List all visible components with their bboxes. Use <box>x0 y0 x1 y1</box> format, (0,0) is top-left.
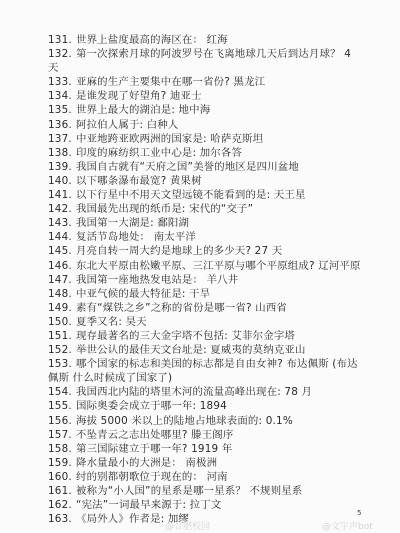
item-text: 中亚气候的最大特征是: 干旱 <box>76 288 210 300</box>
list-item: 142.我国最先出现的纸币是: 宋代的“交子” <box>48 202 388 216</box>
list-item: 151.现存最著名的三大金字塔不包括: 艾菲尔金字塔 <box>48 329 388 343</box>
item-number: 146. <box>48 259 76 273</box>
item-text: 举世公认的最佳天文台址是: 夏威夷的莫纳克亚山 <box>76 344 306 356</box>
item-text: 我国自古就有“天府之国”美誉的地区是四川盆地 <box>76 161 299 173</box>
item-number: 159. <box>48 456 76 470</box>
item-number: 132. <box>48 47 76 61</box>
item-number: 141. <box>48 188 76 202</box>
item-number: 147. <box>48 273 76 287</box>
document-page: 131.世界上盐度最高的海区在： 红海132.第一次探索月球的阿波罗号在飞离地球… <box>0 0 400 533</box>
item-text: 海拔 5000 米以上的陆地占地球表面的: 0.1% <box>76 415 293 427</box>
item-number: 154. <box>48 385 76 399</box>
item-text: “宪法”一词最早来源于: 拉丁文 <box>76 499 221 511</box>
item-number: 138. <box>48 146 76 160</box>
list-item: 156.海拔 5000 米以上的陆地占地球表面的: 0.1% <box>48 414 388 428</box>
list-item: 135.世界上最大的湖泊是: 地中海 <box>48 103 388 117</box>
item-number: 155. <box>48 399 76 413</box>
item-text: 中亚地跨亚欧两洲的国家是: 哈萨克斯坦 <box>76 133 263 145</box>
item-number: 143. <box>48 216 76 230</box>
item-text: 复活节岛地处： 南太平洋 <box>76 231 196 243</box>
item-text: 印度的麻纺织工业中心是: 加尔各答 <box>76 147 242 159</box>
list-item: 157.不坠青云之志出处哪里? 滕王阁序 <box>48 428 388 442</box>
list-item: 132.第一次探索月球的阿波罗号在飞离地球几天后到达月球？ 4 <box>48 47 388 61</box>
item-text: 现存最著名的三大金字塔不包括: 艾菲尔金字塔 <box>76 330 295 342</box>
list-item: 141.以下行星中不用天文望远镜不能看到的是: 天王星 <box>48 188 388 202</box>
item-text: 被称为“小人国”的星系是哪一星系？ 不规则星系 <box>76 485 302 497</box>
watermark-left: @合肥校园 <box>165 519 210 532</box>
list-item: 134.是谁发现了好望角? 迪亚士 <box>48 89 388 103</box>
list-item: 138.印度的麻纺织工业中心是: 加尔各答 <box>48 146 388 160</box>
item-text: 是谁发现了好望角? 迪亚士 <box>76 90 202 102</box>
item-text: 不坠青云之志出处哪里? 滕王阁序 <box>76 429 234 441</box>
item-text: 以下行星中不用天文望远镜不能看到的是: 天王星 <box>76 189 306 201</box>
list-item: 162.“宪法”一词最早来源于: 拉丁文 <box>48 498 388 512</box>
list-item: 139.我国自古就有“天府之国”美誉的地区是四川盆地 <box>48 160 388 174</box>
list-item: 159.降水量最小的大洲是： 南极洲 <box>48 456 388 470</box>
item-number: 153. <box>48 357 76 371</box>
item-text: 阿拉伯人属于: 白种人 <box>76 119 179 131</box>
item-number: 151. <box>48 329 76 343</box>
list-item: 131.世界上盐度最高的海区在： 红海 <box>48 33 388 47</box>
item-text: 月亮自转一周大约是地球上的多少天? 27 天 <box>76 245 282 257</box>
list-item: 133.亚麻的生产主要集中在哪一省份? 黑龙江 <box>48 75 388 89</box>
item-text: 素有“煤铁之乡”之称的省份是哪一省? 山西省 <box>76 302 287 314</box>
item-number: 152. <box>48 343 76 357</box>
list-item: 136.阿拉伯人属于: 白种人 <box>48 118 388 132</box>
item-number: 163. <box>48 512 76 526</box>
item-number: 133. <box>48 75 76 89</box>
item-number: 134. <box>48 89 76 103</box>
item-text: 亚麻的生产主要集中在哪一省份? 黑龙江 <box>76 76 265 88</box>
item-text: 我国西北内陆的塔里木河的流量高峰出现在: 78 月 <box>76 386 312 398</box>
item-number: 142. <box>48 202 76 216</box>
list-item: 148.中亚气候的最大特征是: 干旱 <box>48 287 388 301</box>
item-number: 144. <box>48 230 76 244</box>
list-item: 137.中亚地跨亚欧两洲的国家是: 哈萨克斯坦 <box>48 132 388 146</box>
item-text: 哪个国家的标志和美国的标志都是自由女神? 布达佩斯 (布达 <box>76 358 358 370</box>
list-item: 147.我国第一座地热发电站是： 羊八井 <box>48 273 388 287</box>
item-number: 145. <box>48 244 76 258</box>
list-item: 152.举世公认的最佳天文台址是: 夏威夷的莫纳克亚山 <box>48 343 388 357</box>
item-text: 国际奥委会成立于哪一年: 1894 <box>76 400 227 412</box>
item-text: 我国第一座地热发电站是： 羊八井 <box>76 274 238 286</box>
list-item: 161.被称为“小人国”的星系是哪一星系？ 不规则星系 <box>48 484 388 498</box>
item-text: 我国最先出现的纸币是: 宋代的“交子” <box>76 203 253 215</box>
item-number: 150. <box>48 315 76 329</box>
item-text: 纣的别都朝歌位于现在的： 河南 <box>76 471 228 483</box>
item-number: 157. <box>48 428 76 442</box>
item-continuation: 佩斯 什么时候成了国家了) <box>48 371 388 385</box>
item-number: 161. <box>48 484 76 498</box>
item-text: 以下哪条瀑布最宽? 黄果树 <box>76 175 202 187</box>
item-number: 162. <box>48 498 76 512</box>
list-item: 160.纣的别都朝歌位于现在的： 河南 <box>48 470 388 484</box>
item-text: 世界上最大的湖泊是: 地中海 <box>76 104 210 116</box>
item-number: 149. <box>48 301 76 315</box>
item-text: 我国第一大湖是: 鄱阳湖 <box>76 217 189 229</box>
question-list: 131.世界上盐度最高的海区在： 红海132.第一次探索月球的阿波罗号在飞离地球… <box>48 33 388 526</box>
item-text: 世界上盐度最高的海区在： 红海 <box>76 34 228 46</box>
list-item: 158.第三国际建立于哪一年? 1919 年 <box>48 442 388 456</box>
list-item: 140.以下哪条瀑布最宽? 黄果树 <box>48 174 388 188</box>
page-number: 5 <box>357 509 361 517</box>
item-number: 140. <box>48 174 76 188</box>
item-continuation: 天 <box>48 61 388 75</box>
item-number: 148. <box>48 287 76 301</box>
item-number: 158. <box>48 442 76 456</box>
list-item: 143.我国第一大湖是: 鄱阳湖 <box>48 216 388 230</box>
list-item: 154.我国西北内陆的塔里木河的流量高峰出现在: 78 月 <box>48 385 388 399</box>
item-text: 降水量最小的大洲是： 南极洲 <box>76 457 217 469</box>
item-text: 东北大平原由松嫩平原、三江平原与哪个平原组成? 辽河平原 <box>76 260 361 272</box>
item-number: 131. <box>48 33 76 47</box>
list-item: 155.国际奥委会成立于哪一年: 1894 <box>48 399 388 413</box>
list-item: 153.哪个国家的标志和美国的标志都是自由女神? 布达佩斯 (布达 <box>48 357 388 371</box>
item-number: 156. <box>48 414 76 428</box>
item-number: 139. <box>48 160 76 174</box>
item-number: 136. <box>48 118 76 132</box>
item-number: 137. <box>48 132 76 146</box>
item-text: 夏季又名: 昊天 <box>76 316 147 328</box>
watermark-right: @文字声bot <box>322 519 373 532</box>
item-text: 第一次探索月球的阿波罗号在飞离地球几天后到达月球？ 4 <box>76 48 351 60</box>
list-item: 149.素有“煤铁之乡”之称的省份是哪一省? 山西省 <box>48 301 388 315</box>
list-item: 144.复活节岛地处： 南太平洋 <box>48 230 388 244</box>
list-item: 145.月亮自转一周大约是地球上的多少天? 27 天 <box>48 244 388 258</box>
item-text: 第三国际建立于哪一年? 1919 年 <box>76 443 232 455</box>
item-number: 135. <box>48 103 76 117</box>
list-item: 150.夏季又名: 昊天 <box>48 315 388 329</box>
list-item: 146.东北大平原由松嫩平原、三江平原与哪个平原组成? 辽河平原 <box>48 259 388 273</box>
item-number: 160. <box>48 470 76 484</box>
